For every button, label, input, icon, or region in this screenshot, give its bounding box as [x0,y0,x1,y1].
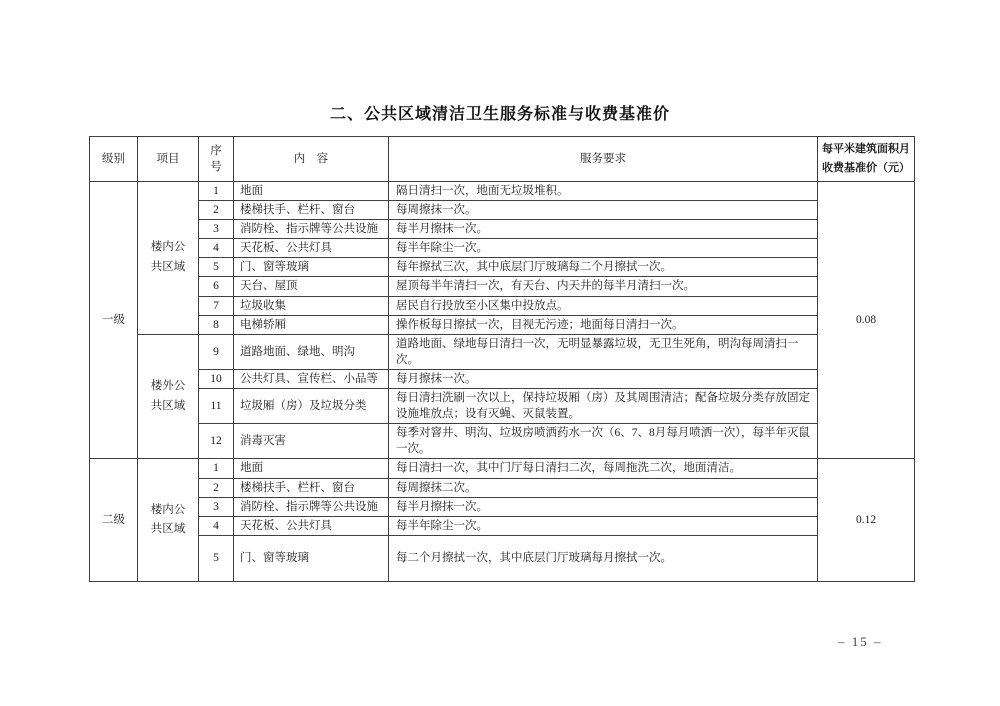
seq-cell: 5 [199,535,234,581]
project-cell: 楼外公共区域 [138,334,199,459]
content-cell: 天台、屋顶 [234,277,389,296]
table-row: 楼外公共区域9道路地面、绿地、明沟道路地面、绿地每日清扫一次，无明显暴露垃圾，无… [90,334,915,369]
header-content: 内 容 [234,137,389,182]
project-label: 楼内公共区域 [150,238,186,277]
seq-cell: 5 [199,258,234,277]
seq-cell: 7 [199,296,234,315]
header-row: 级别 项目 序 号 内 容 服务要求 每平米建筑面积月 收费基准价（元） [90,137,915,182]
header-price: 每平米建筑面积月 收费基准价（元） [818,137,915,182]
requirement-cell: 居民自行投放至小区集中投放点。 [389,296,818,315]
seq-cell: 3 [199,220,234,239]
content-cell: 天花板、公共灯具 [234,516,389,535]
table-row: 二级楼内公共区域1地面每日清扫一次，其中门厅每日清扫二次，每周拖洗二次，地面清洁… [90,459,915,478]
table-row: 11垃圾厢（房）及垃圾分类每日清扫洗刷一次以上，保持垃圾厢（房）及其周围清洁；配… [90,389,915,424]
content-cell: 消防栓、指示牌等公共设施 [234,497,389,516]
document-page: 二、公共区域清洁卫生服务标准与收费基准价 级别 项目 序 号 内 容 服务要求 … [0,0,1000,706]
requirement-cell: 每周擦抹二次。 [389,478,818,497]
table-row: 6天台、屋顶屋顶每半年清扫一次，有天台、内天井的每半月清扫一次。 [90,277,915,296]
seq-cell: 10 [199,369,234,388]
seq-cell: 4 [199,516,234,535]
content-cell: 公共灯具、宣传栏、小品等 [234,369,389,388]
table-row: 3消防栓、指示牌等公共设施每半月擦抹一次。 [90,497,915,516]
requirement-cell: 每半月擦抹一次。 [389,220,818,239]
header-level: 级别 [90,137,138,182]
table-body: 一级楼内公共区域1地面隔日清扫一次，地面无垃圾堆积。0.082楼梯扶手、栏杆、窗… [90,182,915,582]
content-cell: 楼梯扶手、栏杆、窗台 [234,201,389,220]
seq-cell: 8 [199,315,234,334]
price-cell: 0.12 [818,459,915,581]
level-cell: 一级 [90,182,138,459]
table-row: 2楼梯扶手、栏杆、窗台每周擦抹一次。 [90,201,915,220]
requirement-cell: 每半月擦抹一次。 [389,497,818,516]
table-row: 4天花板、公共灯具每半年除尘一次。 [90,239,915,258]
content-cell: 电梯轿厢 [234,315,389,334]
table-row: 7垃圾收集居民自行投放至小区集中投放点。 [90,296,915,315]
requirement-cell: 道路地面、绿地每日清扫一次，无明显暴露垃圾，无卫生死角，明沟每周清扫一次。 [389,334,818,369]
header-project: 项目 [138,137,199,182]
content-cell: 楼梯扶手、栏杆、窗台 [234,478,389,497]
requirement-cell: 每月擦抹一次。 [389,369,818,388]
seq-cell: 3 [199,497,234,516]
seq-cell: 4 [199,239,234,258]
content-cell: 门、窗等玻璃 [234,258,389,277]
table-row: 12消毒灭害每季对窨井、明沟、垃圾房喷洒药水一次（6、7、8月每月喷洒一次），每… [90,424,915,459]
content-cell: 道路地面、绿地、明沟 [234,334,389,369]
project-label: 楼外公共区域 [150,377,186,416]
header-requirement: 服务要求 [389,137,818,182]
header-seq: 序 号 [199,137,234,182]
service-standards-table: 级别 项目 序 号 内 容 服务要求 每平米建筑面积月 收费基准价（元） 一级楼… [89,136,915,582]
requirement-cell: 隔日清扫一次，地面无垃圾堆积。 [389,182,818,201]
content-cell: 消毒灭害 [234,424,389,459]
seq-cell: 2 [199,478,234,497]
level-cell: 二级 [90,459,138,581]
requirement-cell: 操作板每日擦拭一次，目视无污迹；地面每日清扫一次。 [389,315,818,334]
table-row: 一级楼内公共区域1地面隔日清扫一次，地面无垃圾堆积。0.08 [90,182,915,201]
project-cell: 楼内公共区域 [138,182,199,335]
requirement-cell: 每半年除尘一次。 [389,239,818,258]
requirement-cell: 每二个月擦拭一次，其中底层门厅玻璃每月擦拭一次。 [389,535,818,581]
requirement-cell: 每日清扫洗刷一次以上，保持垃圾厢（房）及其周围清洁；配备垃圾分类存放固定设施堆放… [389,389,818,424]
seq-cell: 2 [199,201,234,220]
project-cell: 楼内公共区域 [138,459,199,581]
seq-cell: 12 [199,424,234,459]
requirement-cell: 每半年除尘一次。 [389,516,818,535]
seq-cell: 9 [199,334,234,369]
table-row: 4天花板、公共灯具每半年除尘一次。 [90,516,915,535]
requirement-cell: 每季对窨井、明沟、垃圾房喷洒药水一次（6、7、8月每月喷洒一次），每半年灭鼠一次… [389,424,818,459]
table-row: 2楼梯扶手、栏杆、窗台每周擦抹二次。 [90,478,915,497]
content-cell: 垃圾厢（房）及垃圾分类 [234,389,389,424]
table-header: 级别 项目 序 号 内 容 服务要求 每平米建筑面积月 收费基准价（元） [90,137,915,182]
table-row: 10公共灯具、宣传栏、小品等每月擦抹一次。 [90,369,915,388]
seq-cell: 1 [199,459,234,478]
requirement-cell: 每日清扫一次，其中门厅每日清扫二次，每周拖洗二次，地面清洁。 [389,459,818,478]
content-cell: 门、窗等玻璃 [234,535,389,581]
project-label: 楼内公共区域 [150,501,186,540]
table-row: 5门、窗等玻璃每二个月擦拭一次，其中底层门厅玻璃每月擦拭一次。 [90,535,915,581]
content-cell: 地面 [234,182,389,201]
seq-cell: 6 [199,277,234,296]
table-row: 5门、窗等玻璃每年擦拭三次，其中底层门厅玻璃每二个月擦拭一次。 [90,258,915,277]
content-cell: 地面 [234,459,389,478]
requirement-cell: 每周擦抹一次。 [389,201,818,220]
page-number: – 15 – [838,634,883,650]
page-title: 二、公共区域清洁卫生服务标准与收费基准价 [0,101,1000,124]
price-cell: 0.08 [818,182,915,459]
seq-cell: 11 [199,389,234,424]
requirement-cell: 每年擦拭三次，其中底层门厅玻璃每二个月擦拭一次。 [389,258,818,277]
requirement-cell: 屋顶每半年清扫一次，有天台、内天井的每半月清扫一次。 [389,277,818,296]
seq-cell: 1 [199,182,234,201]
table-row: 8电梯轿厢操作板每日擦拭一次，目视无污迹；地面每日清扫一次。 [90,315,915,334]
content-cell: 垃圾收集 [234,296,389,315]
content-cell: 天花板、公共灯具 [234,239,389,258]
table-row: 3消防栓、指示牌等公共设施每半月擦抹一次。 [90,220,915,239]
content-cell: 消防栓、指示牌等公共设施 [234,220,389,239]
